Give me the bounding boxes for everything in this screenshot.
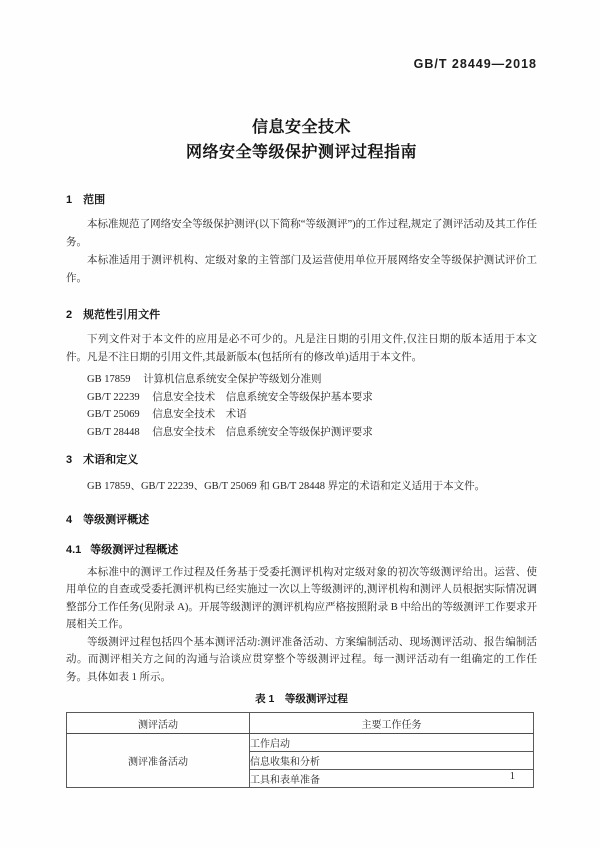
section-3-heading: 3术语和定义: [66, 453, 537, 467]
section-4-number: 4: [66, 513, 72, 527]
activity-cell: 测评准备活动: [67, 734, 250, 788]
section-4-1-heading: 4.1等级测评过程概述: [66, 543, 537, 557]
document-title: 信息安全技术 网络安全等级保护测评过程指南: [66, 115, 537, 165]
reference-number: GB/T 28448: [87, 424, 140, 442]
section-3-title: 术语和定义: [83, 454, 138, 466]
section-4-title: 等级测评概述: [83, 514, 149, 526]
section-2-heading: 2规范性引用文件: [66, 308, 537, 322]
section-1-paragraph-1: 本标准规范了网络安全等级保护测评(以下简称“等级测评”)的工作过程,规定了测评活…: [66, 216, 537, 251]
reference-item: GB/T 22239信息安全技术 信息系统安全等级保护基本要求: [66, 389, 537, 407]
section-4-1-title: 等级测评过程概述: [90, 544, 178, 556]
section-3-paragraph-1: GB 17859、GB/T 22239、GB/T 25069 和 GB/T 28…: [66, 478, 537, 496]
reference-number: GB/T 25069: [87, 406, 140, 424]
table-header-tasks: 主要工作任务: [250, 713, 534, 734]
standard-number: GB/T 28449—2018: [66, 57, 537, 71]
reference-list: GB 17859计算机信息系统安全保护等级划分准则 GB/T 22239信息安全…: [66, 371, 537, 441]
title-line-1: 信息安全技术: [66, 115, 537, 140]
reference-title: 信息安全技术 术语: [152, 409, 247, 420]
reference-title: 计算机信息系统安全保护等级划分准则: [143, 374, 322, 385]
section-3-number: 3: [66, 453, 72, 467]
task-cell: 工具和表单准备: [250, 770, 534, 788]
reference-item: GB/T 25069信息安全技术 术语: [66, 406, 537, 424]
reference-number: GB/T 22239: [87, 389, 140, 407]
section-1-heading: 1范围: [66, 193, 537, 207]
reference-item: GB/T 28448信息安全技术 信息系统安全等级保护测评要求: [66, 424, 537, 442]
section-4-1-number: 4.1: [66, 543, 81, 557]
page-number: 1: [510, 771, 515, 782]
section-2-title: 规范性引用文件: [83, 309, 160, 321]
section-4-1-paragraph-1: 本标准中的测评工作过程及任务基于受委托测评机构对定级对象的初次等级测评给出。运营…: [66, 564, 537, 634]
reference-title: 信息安全技术 信息系统安全等级保护测评要求: [152, 427, 373, 438]
table-caption: 表 1 等级测评过程: [66, 692, 537, 706]
title-line-2: 网络安全等级保护测评过程指南: [66, 140, 537, 165]
document-page: GB/T 28449—2018 信息安全技术 网络安全等级保护测评过程指南 1范…: [0, 0, 600, 848]
task-cell: 信息收集和分析: [250, 752, 534, 770]
task-cell: 工作启动: [250, 734, 534, 752]
section-1-number: 1: [66, 193, 72, 207]
table-1: 测评活动 主要工作任务 测评准备活动 工作启动 信息收集和分析 工具和表单准备: [66, 712, 534, 788]
reference-number: GB 17859: [87, 371, 130, 389]
section-2-paragraph-1: 下列文件对于本文件的应用是必不可少的。凡是注日期的引用文件,仅注日期的版本适用于…: [66, 331, 537, 366]
section-1-paragraph-2: 本标准适用于测评机构、定级对象的主管部门及运营使用单位开展网络安全等级保护测试评…: [66, 252, 537, 287]
reference-item: GB 17859计算机信息系统安全保护等级划分准则: [66, 371, 537, 389]
table-header-row: 测评活动 主要工作任务: [67, 713, 534, 734]
section-2-number: 2: [66, 308, 72, 322]
reference-title: 信息安全技术 信息系统安全等级保护基本要求: [152, 392, 373, 403]
section-4-heading: 4等级测评概述: [66, 513, 537, 527]
table-row: 测评准备活动 工作启动: [67, 734, 534, 752]
table-header-activity: 测评活动: [67, 713, 250, 734]
section-4-1-paragraph-2: 等级测评过程包括四个基本测评活动:测评准备活动、方案编制活动、现场测评活动、报告…: [66, 634, 537, 687]
section-1-title: 范围: [83, 194, 105, 206]
